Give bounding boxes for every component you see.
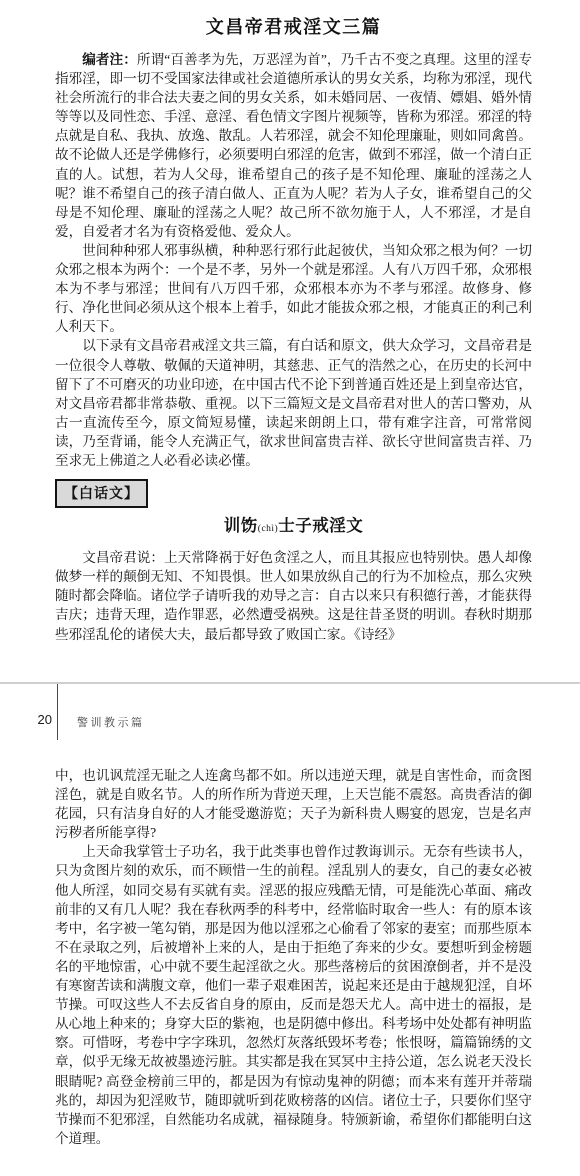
editor-note-label: 编者注： — [82, 52, 137, 67]
subtitle-pinyin-note: (chì) — [258, 524, 278, 534]
page1-content: 文昌帝君戒淫文三篇 编者注：所谓“百善孝为先，万恶淫为首”，乃千古不变之真理。这… — [55, 13, 532, 644]
editor-note-paragraph: 编者注：所谓“百善孝为先，万恶淫为首”，乃千古不变之真理。这里的淫专指邪淫，即一… — [55, 50, 532, 241]
article-subtitle: 训饬(chì)士子戒淫文 — [55, 516, 532, 539]
editor-note-text: 所谓“百善孝为先，万恶淫为首”，乃千古不变之真理。这里的淫专指邪淫，即一切不受国… — [55, 52, 532, 239]
subtitle-main: 训饬 — [224, 516, 258, 535]
paragraph: 上天命我掌管士子功名，我于此类事也曾作过教诲训示。无奈有些读书人，只为贪图片刻的… — [55, 842, 532, 1148]
page-number: 20 — [30, 712, 52, 727]
paragraph: 文昌帝君说：上天常降祸于好色贪淫之人，而且其报应也特别快。愚人却像做梦一样的颠倒… — [55, 548, 532, 643]
subtitle-rest: 士子戒淫文 — [278, 516, 363, 535]
page-break-divider — [0, 682, 580, 684]
book-page: 文昌帝君戒淫文三篇 编者注：所谓“百善孝为先，万恶淫为首”，乃千古不变之真理。这… — [0, 0, 580, 1176]
chapter-running-head: 警训教示篇 — [77, 714, 145, 730]
vernacular-section-badge: 【白话文】 — [55, 479, 148, 508]
document-title: 文昌帝君戒淫文三篇 — [55, 13, 532, 39]
continuation-paragraph: 中，也讥讽荒淫无耻之人连禽鸟都不如。所以违逆天理，就是自害性命，而贪图淫色，就是… — [55, 766, 532, 842]
section-badge-row: 【白话文】 — [55, 470, 532, 514]
paragraph: 世间种种邪人邪事纵横，种种恶行邪行此起彼伏，当知众邪之根为何？一切众邪之根本为两… — [55, 241, 532, 336]
page2-content: 中，也讥讽荒淫无耻之人连禽鸟都不如。所以违逆天理，就是自害性命，而贪图淫色，就是… — [55, 766, 532, 1148]
paragraph: 以下录有文昌帝君戒淫文共三篇，有白话和原文，供大众学习，文昌帝君是一位很令人尊敬… — [55, 336, 532, 470]
footer-vertical-rule — [57, 684, 58, 740]
